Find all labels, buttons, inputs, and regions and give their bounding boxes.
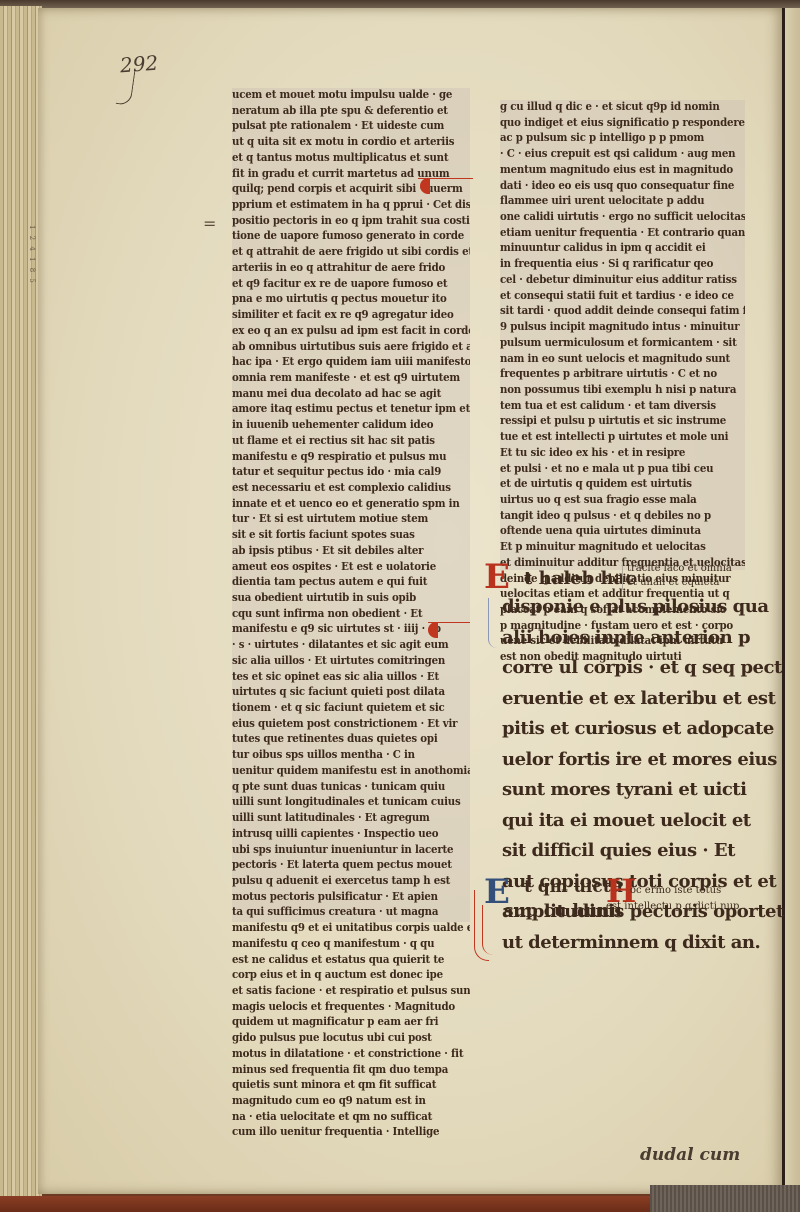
text-line: ac p pulsum sic p intelligo p p pmom (500, 131, 745, 148)
gloss-line: oc ermo iste totus (630, 884, 721, 898)
text-line: in frequentia eius · Si q rarificatur qe… (500, 257, 745, 274)
text-line: ta qui sufficimus creatura · ut magna (232, 905, 470, 922)
text-line: ameut eos ospites · Et est e uolatorie (232, 559, 470, 576)
gloss-line: et uilan et equieta (627, 576, 732, 590)
text-line: ut q uita sit ex motu in cordio et arter… (232, 135, 470, 152)
text-line: innate et et uenco eo et generatio spm i… (232, 496, 470, 513)
text-line: uenitur quidem manifestu est in anothomi… (232, 764, 470, 781)
main-text-line: corre ul corpis · et q seq pect (502, 653, 784, 684)
text-line: est necessariu et est complexio calidius (232, 481, 470, 498)
text-line: et pulsi · et no e mala ut p pua tibi ce… (500, 461, 745, 478)
text-line: tionem · et q sic faciunt quietem et sic (232, 701, 470, 718)
text-line: tur oibus sps uillos mentha · C in (232, 748, 470, 765)
margin-mark: = (203, 214, 216, 233)
text-line: tes et sic opinet eas sic alia uillos · … (232, 669, 470, 686)
text-line: eius quietem post constrictionem · Et vi… (232, 716, 470, 733)
main-text-line: disponie e plus pilosius qua (502, 592, 784, 623)
text-line: pprium et estimatem in ha q pprui · Cet … (232, 198, 470, 215)
text-line: na · etia uelocitate et qm no sufficat (232, 1109, 470, 1126)
text-line: dientia tam pectus autem e qui fuit (232, 575, 470, 592)
text-line: non possumus tibi exemplu h nisi p natur… (500, 383, 745, 400)
text-line: ut flame et ei rectius sit hac sit patis (232, 433, 470, 450)
text-line: uilli sunt latitudinales · Et agregum (232, 811, 470, 828)
gloss-line: est intellectu p q dicti nup . (606, 900, 746, 914)
gloss-ending: oc ermo iste totus (630, 884, 721, 898)
text-line: corp eius et in q auctum est donec ipe (232, 968, 470, 985)
text-line: quidem ut magnificatur p eam aer fri (232, 1015, 470, 1032)
text-line: tione de uapore fumoso generato in corde (232, 229, 470, 246)
book-gutter (782, 8, 800, 1188)
text-line: arteriis in eo q attrahitur de aere frid… (232, 261, 470, 278)
text-line: cqu sunt infirma non obedient · Et (232, 606, 470, 623)
text-line: et q tantus motus multiplicatus et sunt (232, 150, 470, 167)
text-line: etiam uenitur frequentia · Et contrario … (500, 225, 745, 242)
text-line: pulsat pte rationalem · Et uideste cum (232, 119, 470, 136)
text-line: omnia rem manifeste · et est q9 uirtutem (232, 371, 470, 388)
text-line: pulsum uermiculosum et formicantem · sit (500, 335, 745, 352)
text-line: ab omnibus uirtutibus suis aere frigido … (232, 339, 470, 356)
text-line: magnitudo cum eo q9 natum est in (232, 1094, 470, 1111)
text-line: · C · eius crepuit est qsi calidum · aug… (500, 147, 745, 164)
left-text-column: ucem et mouet motu impulsu ualde · gener… (232, 88, 470, 922)
text-line: nam in eo sunt uelocis et magnitudo sunt (500, 351, 745, 368)
initial-flourish (488, 598, 497, 648)
text-line: similiter et facit ex re q9 agregatur id… (232, 308, 470, 325)
text-line: ucem et mouet motu impulsu ualde · ge (232, 88, 470, 105)
main-text-line: t haleb hac (524, 568, 636, 589)
text-line: oftende uena quia uirtutes diminuta (500, 524, 745, 541)
text-line: cel · debetur diminuitur eius additur ra… (500, 273, 745, 290)
text-line: sua obedient uirtutib in suis opib (232, 591, 470, 608)
text-line: ab ipsis ptibus · Et sit debiles alter (232, 543, 470, 560)
right-text-column-gloss: g cu illud q dic e · et sicut q9p id nom… (500, 100, 745, 570)
text-line: 9 pulsus incipit magnitudo intus · minui… (500, 320, 745, 337)
text-line: pectoris · Et laterta quem pectus mouet (232, 858, 470, 875)
spine-shelf-mark: 1 2 4 1 8 5 (28, 225, 36, 285)
text-line: one calidi uirtutis · ergo no sufficit u… (500, 210, 745, 227)
text-line: · s · uirtutes · dilatantes et sic agit … (232, 638, 470, 655)
text-line: quilq; pend corpis et acquirit sibi · uu… (232, 182, 470, 199)
text-line: motus pectoris pulsificatur · Et apien (232, 889, 470, 906)
text-line: ressipi et pulsu p uirtutis et sic instr… (500, 414, 745, 431)
text-line: magis uelocis et frequentes · Magnitudo (232, 999, 470, 1016)
gloss-ending: est intellectu p q dicti nup . (606, 900, 746, 914)
text-line: amore itaq estimu pectus et tenetur ipm … (232, 402, 470, 419)
paragraph-mark (428, 622, 438, 638)
text-line: sic alia uillos · Et uirtutes comitringe… (232, 653, 470, 670)
main-text-line: sit difficil quies eius · Et (502, 836, 784, 867)
text-line: manifestu e q9 respiratio et pulsus mu (232, 449, 470, 466)
text-line: sit tardi · quod addit deinde consequi f… (500, 304, 745, 321)
text-line: tue et est intellecti p uirtutes et mole… (500, 430, 745, 447)
text-line: Et tu sic ideo ex his · et in resipre (500, 445, 745, 462)
text-line: et q9 facitur ex re de uapore fumoso et (232, 276, 470, 293)
text-line: et de uirtutis q quidem est uirtutis (500, 477, 745, 494)
paragraph-mark (420, 178, 430, 194)
text-line: positio pectoris in eo q ipm trahit sua … (232, 213, 470, 230)
text-line: dati · ideo eo eis usq quo consequatur f… (500, 178, 745, 195)
main-text-line: pitis et curiosus et adopcate (502, 714, 784, 745)
text-line: frequentes p arbitrare uirtutis · C et n… (500, 367, 745, 384)
main-text-line: sup cu hunu (504, 901, 622, 921)
rubric-flourish (474, 890, 489, 961)
text-line: tem tua et est calidum · et tam diversis (500, 398, 745, 415)
text-line: cum illo uenitur frequentia · Intellige (232, 1125, 470, 1142)
text-line: sit e sit fortis faciunt spotes suas (232, 528, 470, 545)
text-line: flammee uiri urent uelocitate p addu (500, 194, 745, 211)
text-line: ex eo q an ex pulsu ad ipm est facit in … (232, 323, 470, 340)
text-line: tur · Et si est uirtutem motiue stem (232, 512, 470, 529)
text-line: fit in gradu et currit martetus ad unum (232, 166, 470, 183)
main-text-line: sunt mores tyrani et uicti (502, 775, 784, 806)
text-line: pulsu q aduenit ei exercetus tamp h est (232, 874, 470, 891)
text-line: neratum ab illa pte spu & deferentio et (232, 103, 470, 120)
text-line: tutes que retinentes duas quietes opi (232, 732, 470, 749)
text-line: pna e mo uirtutis q pectus mouetur ito (232, 292, 470, 309)
main-text-line: alii hoies inpte anterion p (502, 623, 784, 654)
catchword: dudal cum (640, 1145, 740, 1165)
interlinear-gloss: tracite laco et omnia et uilan et equiet… (622, 562, 732, 590)
gloss-line: tracite laco et omnia (627, 562, 732, 576)
text-line: intrusq uilli capientes · Inspectio ueo (232, 826, 470, 843)
main-text-line: eruentie et ex lateribu et est (502, 684, 784, 715)
text-line: et satis facione · et respiratio et puls… (232, 984, 470, 1001)
text-line: uirtus uo q est sua fragio esse mala (500, 493, 745, 510)
binding-cloth (650, 1185, 800, 1212)
text-line: quo indiget et eius significatio p respo… (500, 115, 745, 132)
text-line: mentum magnitudo eius est in magnitudo (500, 162, 745, 179)
page-stack-edge (0, 6, 42, 1196)
text-line: est ne calidus et estatus qua quierit te (232, 952, 470, 969)
rubric-rule (428, 622, 470, 623)
main-text-line: qui ita ei mouet uelocit et (502, 806, 784, 837)
text-line: manifestu q ceo q manifestum · q qu (232, 936, 470, 953)
text-line: tatur et sequitur pectus ido · mia cal9 (232, 465, 470, 482)
right-text-column-main: t haleb hac tracite laco et omnia et uil… (500, 570, 750, 870)
text-line: gido pulsus pue locutus ubi cui post (232, 1031, 470, 1048)
text-line: ubi sps inuiuntur inueniuntur in lacerte (232, 842, 470, 859)
text-line: q pte sunt duas tunicas · tunicam quiu (232, 779, 470, 796)
text-line: g cu illud q dic e · et sicut q9p id nom… (500, 100, 745, 117)
main-text-line: ut determinnem q dixit an. (502, 928, 784, 959)
main-text-line: uelor fortis ire et mores eius (502, 745, 784, 776)
text-line: hac ipa · Et ergo quidem iam uiii manife… (232, 355, 470, 372)
text-line: minus sed frequentia fit qm duo tempa (232, 1062, 470, 1079)
text-line: in iuuenib uehementer calidum ideo (232, 418, 470, 435)
text-line: motus in dilatatione · et constrictione … (232, 1046, 470, 1063)
text-line: tangit ideo q pulsus · et q debiles no p (500, 508, 745, 525)
text-line: uilli sunt longitudinales et tunicam cui… (232, 795, 470, 812)
text-line: manu mei dua decolato ad hac se agit (232, 386, 470, 403)
text-line: et q attrahit de aere frigido ut sibi co… (232, 245, 470, 262)
text-line: Et p minuitur magnitudo et uelocitas (500, 540, 745, 557)
rubric-rule (418, 178, 473, 179)
text-line: manifestu q9 et ei unitatibus corpis ual… (232, 921, 470, 938)
text-line: quietis sunt minora et qm fit sufficat (232, 1078, 470, 1095)
text-line: uirtutes q sic faciunt quieti post dilat… (232, 685, 470, 702)
text-line: et consequi statii fuit et tardius · e i… (500, 288, 745, 305)
text-line: minuuntur calidus in ipm q accidit ei (500, 241, 745, 258)
